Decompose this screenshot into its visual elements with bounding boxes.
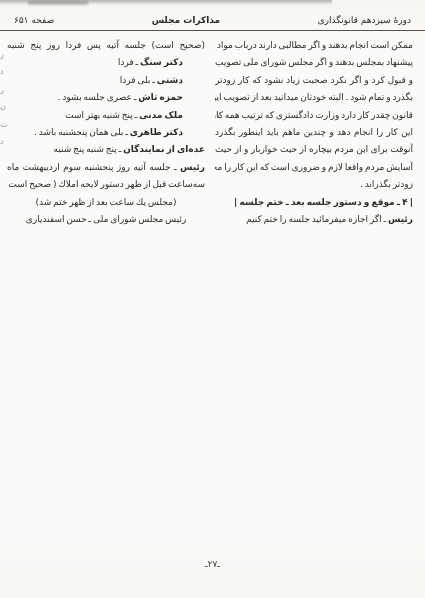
page-number: ـ۲۷ـ <box>205 560 220 570</box>
speaker-name: عده‌ای از نمایندگان <box>123 145 205 155</box>
body-line: و قبول کرد و اگر نکرد صحبت زیاد نشود که … <box>215 73 413 90</box>
speaker-line: ملک مدنی ـ پنج شنبه بهتر است <box>7 108 205 125</box>
header-doc-title: مذاکرات مجلس <box>152 16 220 27</box>
speaker-name: دشتی <box>157 76 183 86</box>
body-line: این کار را انجام دهد و چندین ماهم باید ا… <box>215 125 413 142</box>
speaker-text: ـ عصری جلسه بشود . <box>58 93 139 103</box>
speaker-name: دکتر طاهری <box>130 128 183 138</box>
body-line: سه‌ساعت قبل از ظهر دستور لایحه املاك ( ص… <box>7 177 205 194</box>
column-left: (صحیح است) جلسه آتیه پس فردا روز پنج شنب… <box>7 38 205 229</box>
speaker-text: (مجلس یك ساعت بعد از ظهر ختم شد) <box>36 198 177 208</box>
speaker-text: ـ اگر اجازه میفرمائید جلسه را ختم کنیم <box>246 215 388 225</box>
column-right: ممکن است انجام بدهند و اگر مطالبی دارند … <box>215 38 413 229</box>
speaker-text: ـ فردا <box>118 58 140 68</box>
two-column-body: ممکن است انجام بدهند و اگر مطالبی دارند … <box>0 31 425 229</box>
speaker-text: ـ پنج شنبه پنج شنبه <box>54 145 124 155</box>
header-page-label: صفحه ۶۵۱ <box>14 16 54 27</box>
speaker-text: (صحیح است) جلسه آتیه پس فردا روز پنج شنب… <box>7 41 205 51</box>
speaker-name: رئیس <box>180 163 205 173</box>
speaker-line: دشتی ـ بلی فردا <box>7 73 205 90</box>
section-heading: | ۴ ـ موقع و دستور جلسه بعد ـ ختم جلسه | <box>215 195 413 212</box>
body-line: بگذرد و تمام شود . البته خودتان میدانید … <box>215 90 413 107</box>
speaker-text: سه‌ساعت قبل از ظهر دستور لایحه املاك ( ص… <box>7 180 205 190</box>
speaker-line: دکتر طاهری ـ بلی همان پنجشنبه باشد . <box>7 125 205 142</box>
speaker-name: رئیس <box>388 215 413 225</box>
speaker-name: حمزه تاش <box>138 93 183 103</box>
scan-smudge-artifact <box>28 1 88 5</box>
speaker-text: ـ بلی فردا <box>120 76 157 86</box>
speaker-line: رئیس ـ جلسه آتیه روز پنجشنبه سوم اردیبهش… <box>7 160 205 177</box>
body-line: (صحیح است) جلسه آتیه پس فردا روز پنج شنب… <box>7 38 205 55</box>
speaker-text: رئیس مجلس شورای ملی ـ حسن اسفندیاری <box>26 215 186 225</box>
scanned-document-page: دورهٔ سیزدهم قانونگذاری مذاکرات مجلس صفح… <box>0 0 425 598</box>
speaker-line: رئیس ـ اگر اجازه میفرمائید جلسه را ختم ک… <box>215 212 413 229</box>
body-line: آنوقت برای این مردم بیچاره از حیث خواربا… <box>215 142 413 159</box>
body-line: پیشنهاد بمجلس بدهند و اگر مجلس شورای ملی… <box>215 55 413 72</box>
closing-note: (مجلس یك ساعت بعد از ظهر ختم شد) <box>7 195 205 212</box>
speaker-line: عده‌ای از نمایندگان ـ پنج شنبه پنج شنبه <box>7 142 205 159</box>
speaker-text: ـ پنج شنبه بهتر است <box>65 111 139 121</box>
speaker-name: دکتر سنگ <box>140 58 183 68</box>
gutter-ink-mark: ، <box>217 110 220 120</box>
speaker-text: ـ بلی همان پنجشنبه باشد . <box>34 128 130 138</box>
body-line: زودتر بگذراند . <box>215 177 413 194</box>
speaker-text: ـ جلسه آتیه روز پنجشنبه سوم اردیبهشت ماه <box>7 163 180 173</box>
speaker-line: حمزه تاش ـ عصری جلسه بشود . <box>7 90 205 107</box>
speaker-name: ملک مدنی <box>139 111 183 121</box>
body-line: ممکن است انجام بدهند و اگر مطالبی دارند … <box>215 38 413 55</box>
body-line: قانون چقدر کار دارد وزارت دادگستری که تر… <box>215 108 413 125</box>
body-line: آسایش مردم واقعا لازم و ضروری است که این… <box>215 160 413 177</box>
page-footer: ـ۲۷ـ <box>0 560 425 570</box>
header-session-title: دورهٔ سیزدهم قانونگذاری <box>318 16 411 27</box>
speaker-line: دکتر سنگ ـ فردا <box>7 55 205 72</box>
signature-line: رئیس مجلس شورای ملی ـ حسن اسفندیاری <box>7 212 205 229</box>
